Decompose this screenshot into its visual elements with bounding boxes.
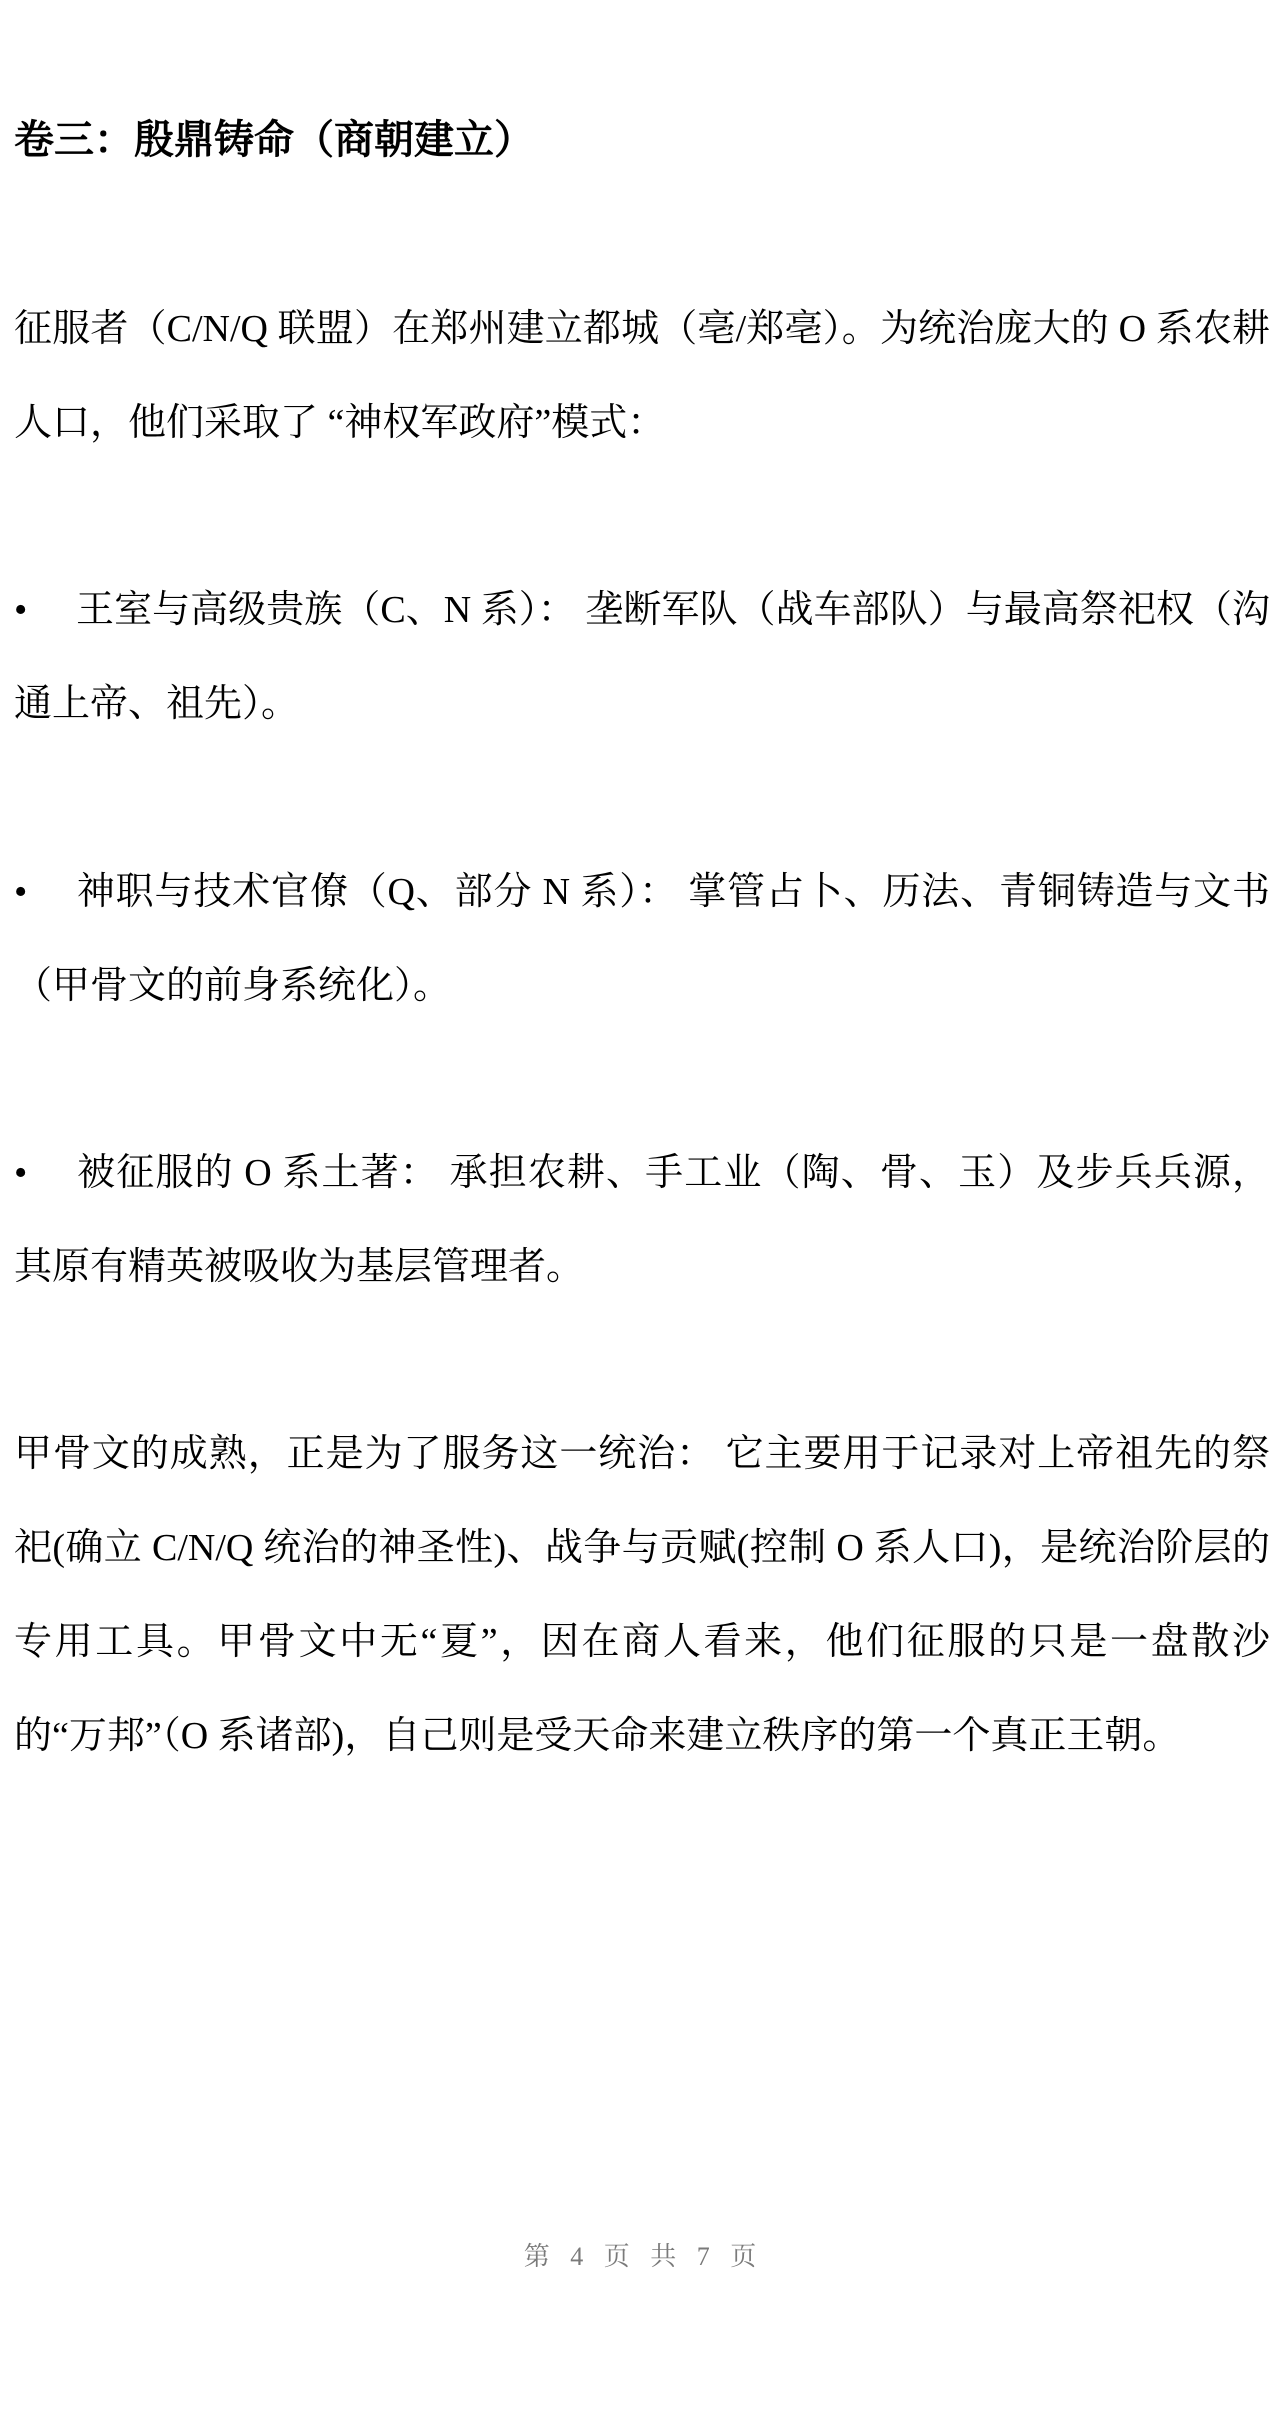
page-number-footer: 第 4 页 共 7 页 [0, 2236, 1282, 2273]
bullet-icon: • [14, 563, 76, 657]
closing-paragraph: 甲骨文的成熟，正是为了服务这一统治： 它主要用于记录对上帝祖先的祭祀(确立 C/… [14, 1407, 1270, 1783]
bullet-icon: • [14, 1126, 76, 1220]
bullet-text: 神职与技术官僚（Q、部分 N 系）： 掌管占卜、历法、青铜铸造与文书（甲骨文的前… [14, 871, 1270, 1007]
bullet-item-priests-technocrats: •神职与技术官僚（Q、部分 N 系）： 掌管占卜、历法、青铜铸造与文书（甲骨文的… [14, 845, 1270, 1033]
bullet-text: 被征服的 O 系土著： 承担农耕、手工业（陶、骨、玉）及步兵兵源，其原有精英被吸… [14, 1152, 1270, 1288]
bullet-item-conquered-natives: •被征服的 O 系土著： 承担农耕、手工业（陶、骨、玉）及步兵兵源，其原有精英被… [14, 1126, 1270, 1314]
bullet-item-royal-nobility: •王室与高级贵族（C、N 系）： 垄断军队（战车部队）与最高祭祀权（沟通上帝、祖… [14, 563, 1270, 751]
intro-paragraph: 征服者（C/N/Q 联盟）在郑州建立都城（亳/郑亳）。为统治庞大的 O 系农耕人… [14, 282, 1270, 470]
chapter-title: 卷三：殷鼎铸命（商朝建立） [14, 112, 534, 168]
bullet-text: 王室与高级贵族（C、N 系）： 垄断军队（战车部队）与最高祭祀权（沟通上帝、祖先… [14, 589, 1270, 725]
document-page: 卷三：殷鼎铸命（商朝建立） 征服者（C/N/Q 联盟）在郑州建立都城（亳/郑亳）… [0, 0, 1282, 2409]
bullet-icon: • [14, 845, 76, 939]
